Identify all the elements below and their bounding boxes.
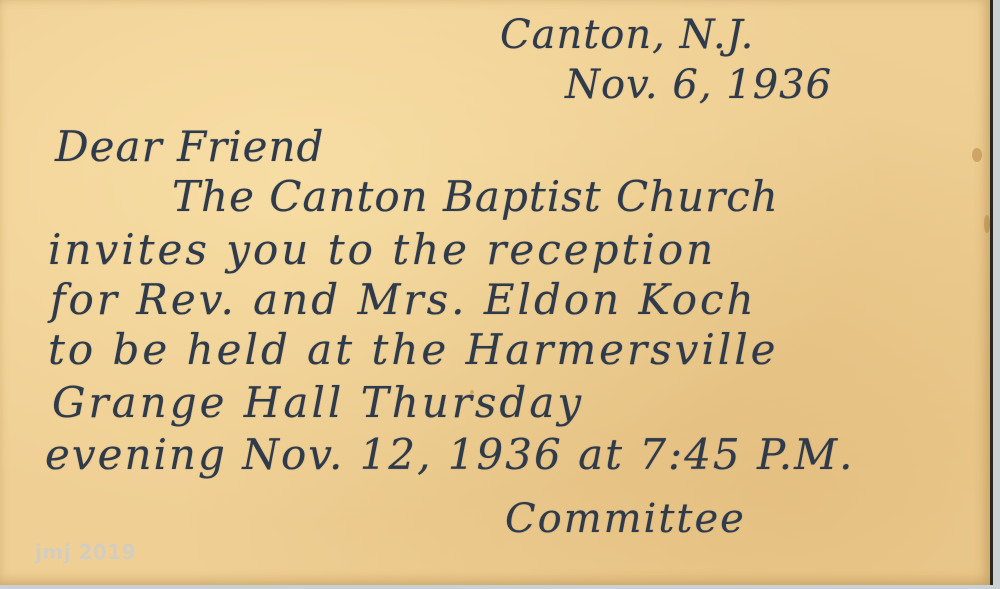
postcard-signature: Committee: [505, 496, 746, 542]
postcard-date: Nov. 6, 1936: [565, 62, 832, 108]
postcard-greeting: Dear Friend: [55, 122, 324, 171]
stain-mark: [984, 215, 990, 233]
postcard: Canton, N.J. Nov. 6, 1936 Dear Friend Th…: [0, 0, 993, 585]
watermark: jmj 2019: [35, 540, 136, 564]
body-line: to be held at the Harmersville: [48, 325, 779, 374]
body-line: The Canton Baptist Church: [172, 172, 779, 221]
body-line: Grange Hall Thursday: [52, 378, 584, 427]
postcard-place: Canton, N.J.: [500, 12, 754, 58]
stain-mark: [972, 148, 982, 162]
body-line: for Rev. and Mrs. Eldon Koch: [50, 275, 757, 324]
body-line: invites you to the reception: [48, 225, 716, 274]
body-line: evening Nov. 12, 1936 at 7:45 P.M.: [45, 430, 854, 479]
